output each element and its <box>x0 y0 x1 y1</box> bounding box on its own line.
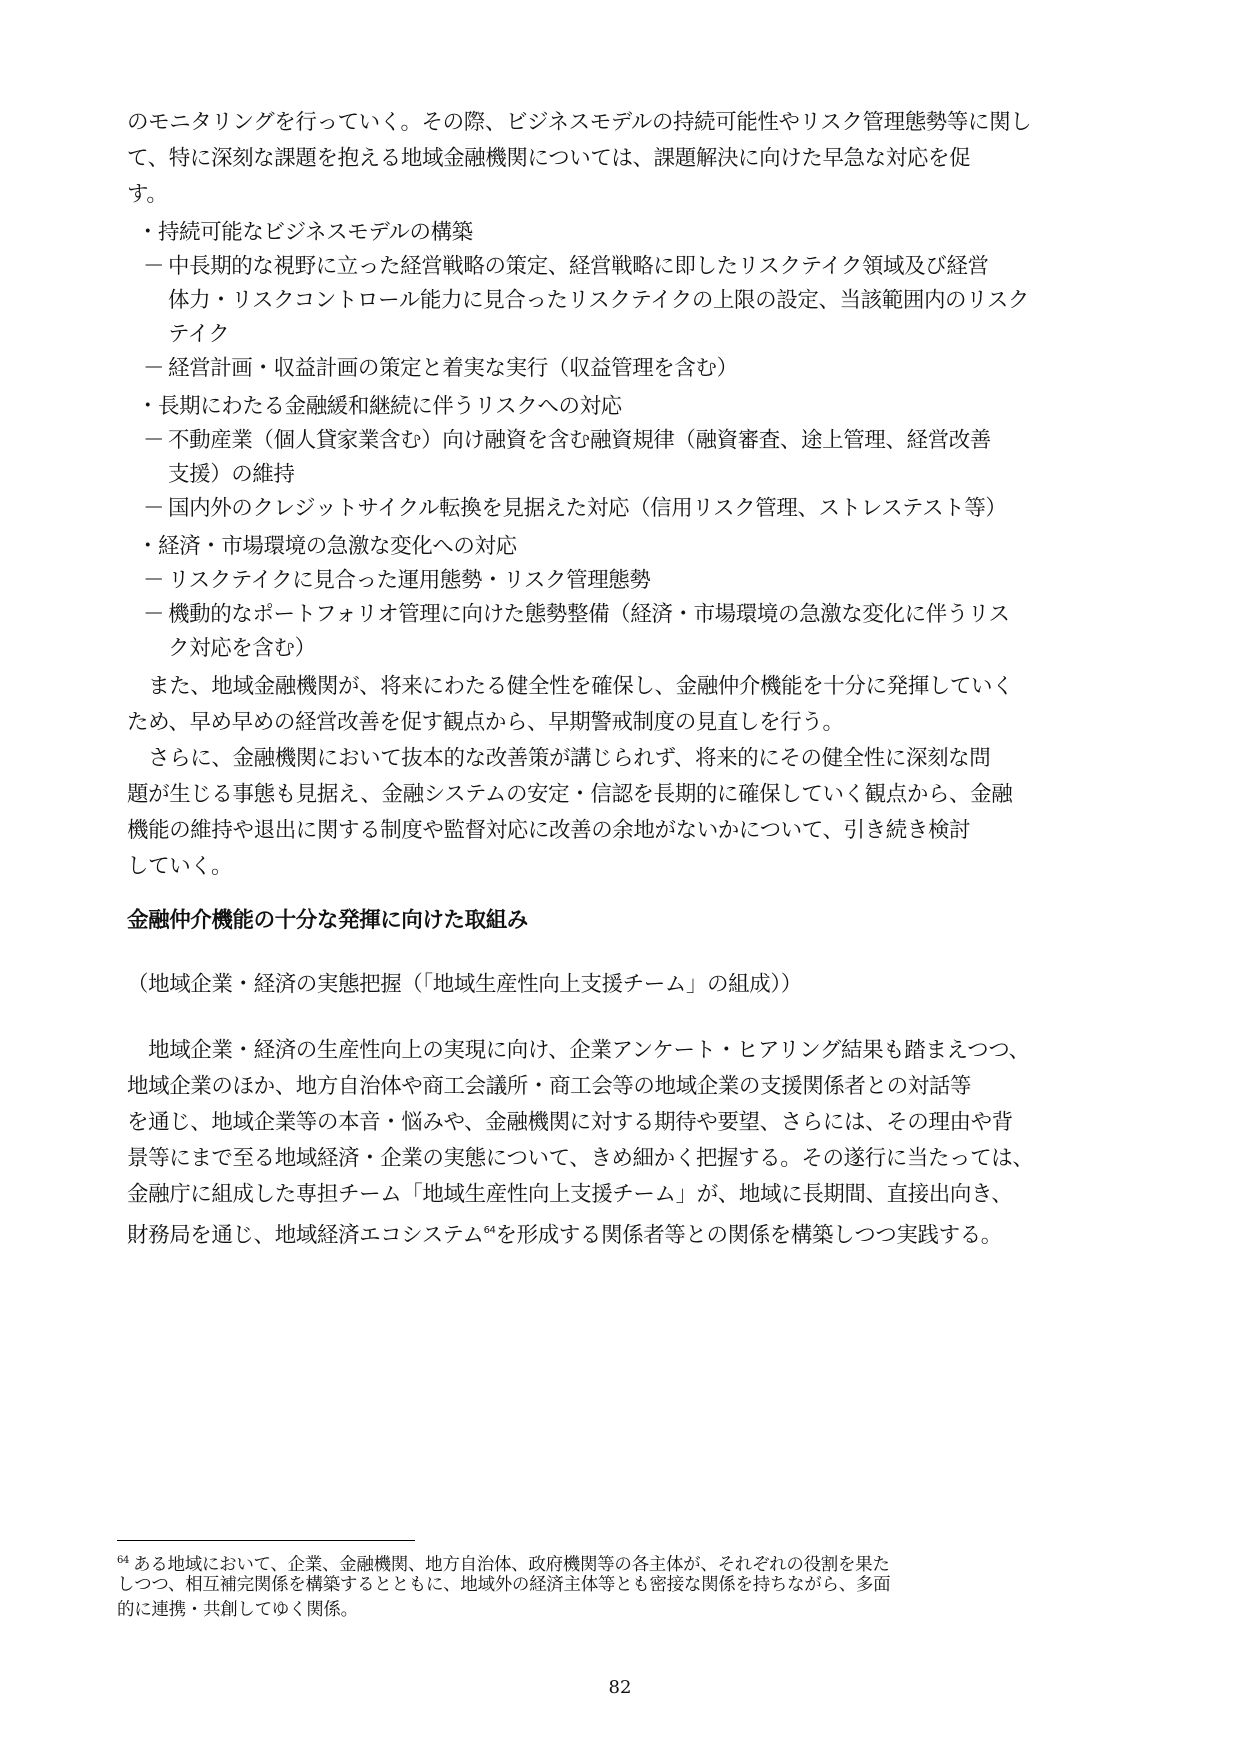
paragraph-line: 地域企業・経済の生産性向上の実現に向け、企業アンケート・ヒアリング結果も踏まえつ… <box>127 1033 1030 1069</box>
dash-icon: － <box>143 597 165 633</box>
section-heading: 金融仲介機能の十分な発揮に向けた取組み <box>127 903 528 939</box>
dash-item-line: 経営計画・収益計画の策定と着実な実行（収益管理を含む） <box>168 351 738 387</box>
footnote-line: 的に連携・共創してゆく関係。 <box>117 1598 358 1623</box>
dash-icon: － <box>143 423 165 459</box>
bullet-label: 長期にわたる金融緩和継続に伴うリスクへの対応 <box>158 389 622 425</box>
paragraph-line: 財務局を通じ、地域経済エコシステム64を形成する関係者等との関係を構築しつつ実践… <box>127 1213 1002 1254</box>
subsection-heading: （地域企業・経済の実態把握（「地域生産性向上支援チーム」の組成）） <box>127 967 802 1003</box>
dash-item-line: 支援）の維持 <box>168 457 295 493</box>
dash-icon: － <box>143 351 165 387</box>
paragraph-line: また、地域金融機関が、将来にわたる健全性を確保し、金融仲介機能を十分に発揮してい… <box>127 669 1013 705</box>
dash-icon: － <box>143 563 165 599</box>
paragraph-line: 題が生じる事態も見据え、金融システムの安定・信認を長期的に確保していく観点から、… <box>127 777 1012 813</box>
bullet-dot-icon: ・ <box>137 529 159 565</box>
bullet-dot-icon: ・ <box>137 215 159 251</box>
paragraph-line: を通じ、地域企業等の本音・悩みや、金融機関に対する期待や要望、さらには、その理由… <box>127 1105 1013 1141</box>
dash-icon: － <box>143 249 165 285</box>
document-page: のモニタリングを行っていく。その際、ビジネスモデルの持続可能性やリスク管理態勢等… <box>0 0 1240 1755</box>
dash-item-line: 国内外のクレジットサイクル転換を見据えた対応（信用リスク管理、ストレステスト等） <box>168 491 1007 527</box>
footnote-number: 64 <box>117 1555 129 1566</box>
dash-item-line: 体力・リスクコントロール能力に見合ったリスクテイクの上限の設定、当該範囲内のリス… <box>168 283 1029 319</box>
dash-icon: － <box>143 491 165 527</box>
dash-item-line: ク対応を含む） <box>168 631 316 667</box>
bullet-label: 持続可能なビジネスモデルの構築 <box>158 215 473 251</box>
footnote-divider <box>117 1540 415 1541</box>
paragraph-line: していく。 <box>127 849 232 885</box>
dash-item-line: 中長期的な視野に立った経営戦略の策定、経営戦略に即したリスクテイク領域及び経営 <box>168 249 989 285</box>
footnote-reference-link[interactable]: 64 <box>484 1225 496 1236</box>
dash-item-line: 不動産業（個人貸家業含む）向け融資を含む融資規律（融資審査、途上管理、経営改善 <box>168 423 991 459</box>
paragraph-line: ため、早め早めの経営改善を促す観点から、早期警戒制度の見直しを行う。 <box>127 705 844 741</box>
paragraph-text: 財務局を通じ、地域経済エコシステム <box>127 1223 484 1248</box>
dash-item-line: テイク <box>168 317 229 353</box>
intro-line: のモニタリングを行っていく。その際、ビジネスモデルの持続可能性やリスク管理態勢等… <box>127 105 1031 141</box>
paragraph-line: さらに、金融機関において抜本的な改善策が講じられず、将来的にその健全性に深刻な問 <box>127 741 990 777</box>
dash-item-line: リスクテイクに見合った運用態勢・リスク管理態勢 <box>168 563 651 599</box>
paragraph-line: 地域企業のほか、地方自治体や商工会議所・商工会等の地域企業の支援関係者との対話等 <box>127 1069 971 1105</box>
bullet-dot-icon: ・ <box>137 389 159 425</box>
footnote-line: しつつ、相互補完関係を構築するとともに、地域外の経済主体等とも密接な関係を持ちな… <box>117 1573 890 1598</box>
paragraph-line: 景等にまで至る地域経済・企業の実態について、きめ細かく把握する。その遂行に当たっ… <box>127 1141 1033 1177</box>
dash-item-line: 機動的なポートフォリオ管理に向けた態勢整備（経済・市場環境の急激な変化に伴うリス <box>168 597 1010 633</box>
bullet-label: 経済・市場環境の急激な変化への対応 <box>158 529 517 565</box>
intro-line: す。 <box>127 177 167 213</box>
footnote-text: ある地域において、企業、金融機関、地方自治体、政府機関等の各主体が、それぞれの役… <box>133 1555 889 1575</box>
paragraph-line: 金融庁に組成した専担チーム「地域生産性向上支援チーム」が、地域に長期間、直接出向… <box>127 1177 1012 1213</box>
paragraph-line: 機能の維持や退出に関する制度や監督対応に改善の余地がないかについて、引き続き検討 <box>127 813 970 849</box>
intro-line: て、特に深刻な課題を抱える地域金融機関については、課題解決に向けた早急な対応を促 <box>127 141 970 177</box>
paragraph-text: を形成する関係者等との関係を構築しつつ実践する。 <box>496 1223 1002 1248</box>
page-number: 82 <box>0 1677 1240 1698</box>
